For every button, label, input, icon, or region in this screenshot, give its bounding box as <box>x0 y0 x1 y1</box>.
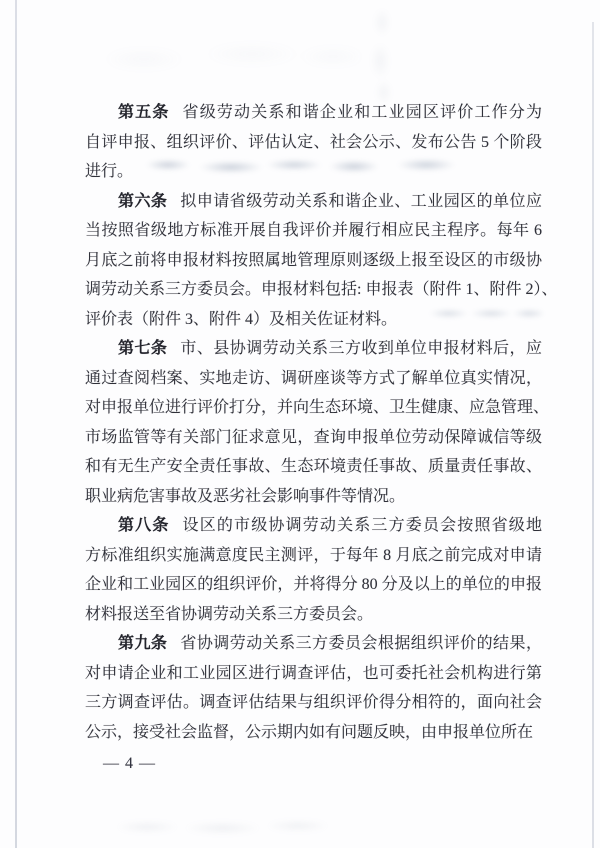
doc-line-text: 省协调劳动关系三方委员会根据组织评价的结果， <box>180 635 542 652</box>
doc-line-text: 拟申请省级劳动关系和谐企业、工业园区的单位应 <box>180 193 542 210</box>
doc-line: 月底之前将申报材料按照属地管理原则逐级上报至设区的市级协 <box>85 246 542 276</box>
doc-line-text: 设区的市级协调劳动关系三方委员会按照省级地 <box>183 517 542 534</box>
doc-line-article-5: 第五条省级劳动关系和谐企业和工业园区评价工作分为 <box>85 98 542 128</box>
doc-line-text: 公示，接受社会监督，公示期内如有问题反映，由申报单位所在 <box>85 724 533 741</box>
doc-line: 自评申报、组织评价、评估认定、社会公示、发布公告 5 个阶段 <box>85 128 542 158</box>
article-number: 第九条 <box>118 635 167 652</box>
bleedthrough-streak-topright <box>365 8 399 104</box>
article-number: 第六条 <box>118 193 167 210</box>
doc-line: 企业和工业园区的组织评价，并将得分 80 分及以上的单位的申报 <box>85 570 542 600</box>
doc-line: 公示，接受社会监督，公示期内如有问题反映，由申报单位所在 <box>85 718 542 748</box>
doc-line: 评价表（附件 3、附件 4）及相关佐证材料。 <box>85 305 542 335</box>
doc-line-text: 三方调查评估。调查评估结果与组织评价得分相符的，面向社会 <box>85 694 542 711</box>
page-number: — 4 — <box>103 755 156 773</box>
doc-line: 调劳动关系三方委员会。申报材料包括: 申报表（附件 1、附件 2）、 <box>85 275 542 305</box>
doc-line-text: 自评申报、组织评价、评估认定、社会公示、发布公告 5 个阶段 <box>85 134 542 151</box>
document-body: 第五条省级劳动关系和谐企业和工业园区评价工作分为 自评申报、组织评价、评估认定、… <box>85 98 542 747</box>
doc-line: 材料报送至省协调劳动关系三方委员会。 <box>85 600 542 630</box>
doc-line: 职业病危害事故及恶劣社会影响事件等情况。 <box>85 482 542 512</box>
doc-line: 方标准组织实施满意度民主测评，于每年 8 月底之前完成对申请 <box>85 541 542 571</box>
doc-line: 和有无生产安全责任事故、生态环境责任事故、质量责任事故、 <box>85 452 542 482</box>
doc-line-text: 评价表（附件 3、附件 4）及相关佐证材料。 <box>85 311 397 328</box>
doc-line-text: 通过查阅档案、实地走访、调研座谈等方式了解单位真实情况， <box>85 370 542 387</box>
doc-line-text: 对申报单位进行评价打分，并向生态环境、卫生健康、应急管理、 <box>85 399 549 416</box>
article-number: 第八条 <box>118 517 170 534</box>
doc-line-text: 省级劳动关系和谐企业和工业园区评价工作分为 <box>183 104 542 121</box>
doc-line-article-6: 第六条拟申请省级劳动关系和谐企业、工业园区的单位应 <box>85 187 542 217</box>
doc-line-text: 进行。 <box>85 163 133 180</box>
doc-line-text: 职业病危害事故及恶劣社会影响事件等情况。 <box>85 488 405 505</box>
doc-line-article-7: 第七条市、县协调劳动关系三方收到单位申报材料后，应 <box>85 334 542 364</box>
bleedthrough-smudge-top <box>90 28 360 80</box>
scan-edge-right <box>592 22 594 848</box>
doc-line-text: 和有无生产安全责任事故、生态环境责任事故、质量责任事故、 <box>85 458 542 475</box>
doc-line: 进行。 <box>85 157 542 187</box>
doc-line-text: 市场监管等有关部门征求意见，查询申报单位劳动保障诚信等级 <box>85 429 542 446</box>
scan-edge-left <box>15 0 17 848</box>
doc-line-text: 市、县协调劳动关系三方收到单位申报材料后，应 <box>180 340 542 357</box>
doc-line-article-8: 第八条设区的市级协调劳动关系三方委员会按照省级地 <box>85 511 542 541</box>
doc-line-article-9: 第九条省协调劳动关系三方委员会根据组织评价的结果， <box>85 629 542 659</box>
doc-line-text: 当按照省级地方标准开展自我评价并履行相应民主程序。每年 6 <box>85 222 542 239</box>
doc-line-text: 对申请企业和工业园区进行调查评估，也可委托社会机构进行第 <box>85 665 542 682</box>
article-number: 第五条 <box>118 104 170 121</box>
doc-line: 市场监管等有关部门征求意见，查询申报单位劳动保障诚信等级 <box>85 423 542 453</box>
bleedthrough-smudge-bottom <box>115 816 330 838</box>
doc-line: 通过查阅档案、实地走访、调研座谈等方式了解单位真实情况， <box>85 364 542 394</box>
doc-line-text: 月底之前将申报材料按照属地管理原则逐级上报至设区的市级协 <box>85 252 542 269</box>
doc-line-text: 材料报送至省协调劳动关系三方委员会。 <box>85 606 373 623</box>
doc-line: 三方调查评估。调查评估结果与组织评价得分相符的，面向社会 <box>85 688 542 718</box>
doc-line: 对申报单位进行评价打分，并向生态环境、卫生健康、应急管理、 <box>85 393 542 423</box>
doc-line: 对申请企业和工业园区进行调查评估，也可委托社会机构进行第 <box>85 659 542 689</box>
article-number: 第七条 <box>118 340 167 357</box>
doc-line-text: 方标准组织实施满意度民主测评，于每年 8 月底之前完成对申请 <box>85 547 542 564</box>
doc-line-text: 企业和工业园区的组织评价，并将得分 80 分及以上的单位的申报 <box>85 576 542 593</box>
scanned-page: 第五条省级劳动关系和谐企业和工业园区评价工作分为 自评申报、组织评价、评估认定、… <box>0 0 600 848</box>
doc-line-text: 调劳动关系三方委员会。申报材料包括: 申报表（附件 1、附件 2）、 <box>85 281 557 298</box>
doc-line: 当按照省级地方标准开展自我评价并履行相应民主程序。每年 6 <box>85 216 542 246</box>
